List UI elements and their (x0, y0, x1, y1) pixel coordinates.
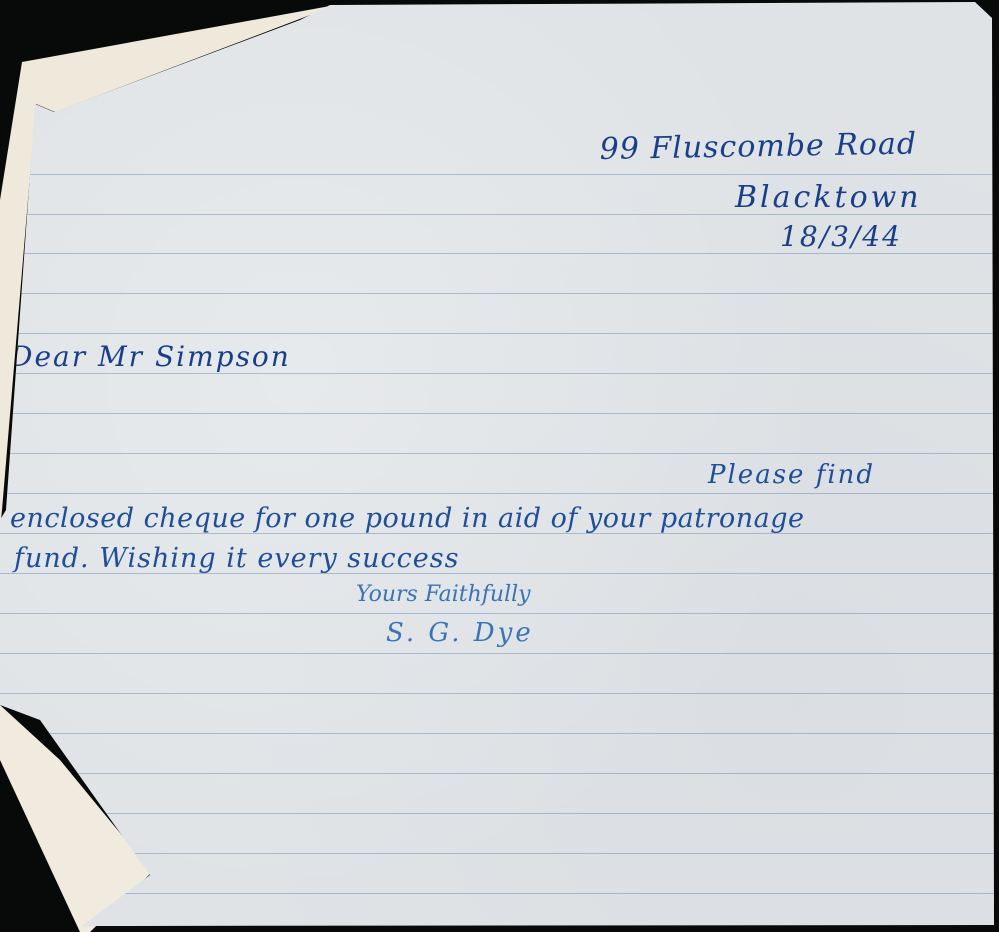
ruled-line (0, 453, 995, 454)
ruled-line (0, 293, 995, 294)
letter-sheet: 99 Fluscombe Road Blacktown 18/3/44 Dear… (0, 0, 999, 932)
ruled-line (0, 733, 995, 734)
body-line-2: enclosed cheque for one pound in aid of … (10, 503, 805, 534)
ruled-line (0, 773, 995, 774)
closing: Yours Faithfully (356, 582, 531, 607)
ruled-line (0, 893, 995, 894)
signature: S. G. Dye (386, 618, 534, 648)
address-line-1: 99 Fluscombe Road (599, 126, 917, 167)
salutation: Dear Mr Simpson (10, 340, 291, 373)
ruled-line (0, 174, 995, 175)
ruled-line (0, 813, 995, 814)
ruled-line (0, 653, 995, 654)
ruled-line (0, 413, 995, 414)
ruled-line (0, 373, 995, 374)
ruled-line (0, 253, 995, 254)
address-line-2: Blacktown (735, 180, 922, 215)
body-line-1: Please find (708, 460, 875, 490)
ruled-line (0, 493, 995, 494)
ruled-line (0, 693, 995, 694)
ruled-line (0, 853, 995, 854)
ruled-line (0, 333, 995, 334)
body-line-3: fund. Wishing it every success (14, 543, 459, 574)
ruled-line (0, 613, 995, 614)
letter-date: 18/3/44 (780, 220, 902, 253)
